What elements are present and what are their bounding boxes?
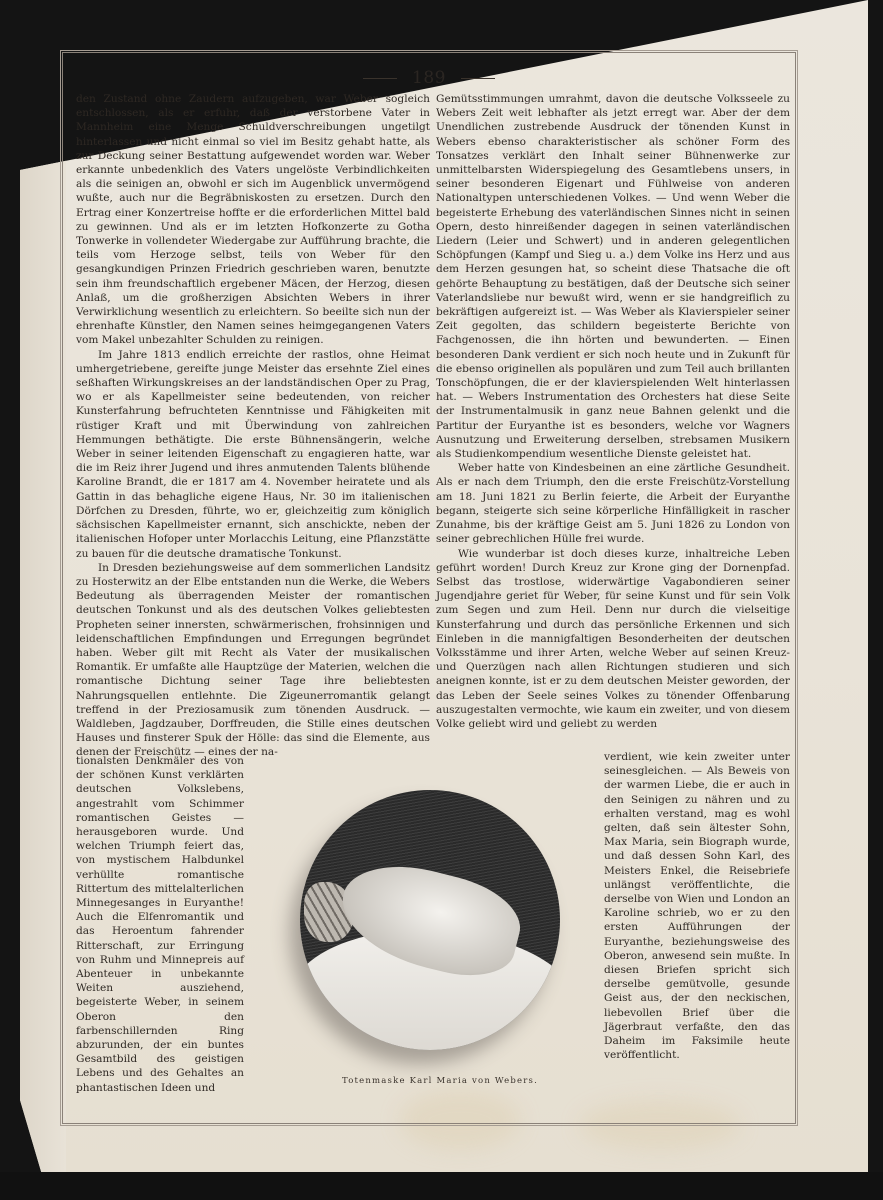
- death-mask-illustration: [300, 790, 572, 1062]
- paragraph: Gemütsstimmungen umrahmt, davon die deut…: [436, 92, 790, 461]
- right-column: Gemütsstimmungen umrahmt, davon die deut…: [436, 92, 790, 731]
- paragraph: Im Jahre 1813 endlich erreichte der rast…: [76, 348, 430, 561]
- left-narrow-column: tionalsten Denkmäler des von der schönen…: [76, 754, 244, 1095]
- paragraph: tionalsten Denkmäler des von der schönen…: [76, 754, 244, 1095]
- paragraph: den Zustand ohne Zaudern aufzugeben, war…: [76, 92, 430, 348]
- engraving-medallion: [300, 790, 560, 1050]
- right-narrow-column: verdient, wie kein zweiter unter seinesg…: [604, 750, 790, 1062]
- paragraph: In Dresden beziehungsweise auf dem somme…: [76, 561, 430, 760]
- scan-background: [0, 1172, 883, 1200]
- page-header: 189: [60, 68, 798, 92]
- page-number: 189: [412, 68, 446, 88]
- paragraph: Wie wunderbar ist doch dieses kurze, inh…: [436, 547, 790, 732]
- header-rule-right: [461, 78, 495, 79]
- illustration-caption: Totenmaske Karl Maria von Webers.: [290, 1076, 590, 1086]
- paragraph: Weber hatte von Kindesbeinen an eine zär…: [436, 461, 790, 546]
- paragraph: verdient, wie kein zweiter unter seinesg…: [604, 750, 790, 1062]
- header-rule-left: [363, 78, 397, 79]
- left-column: den Zustand ohne Zaudern aufzugeben, war…: [76, 92, 430, 760]
